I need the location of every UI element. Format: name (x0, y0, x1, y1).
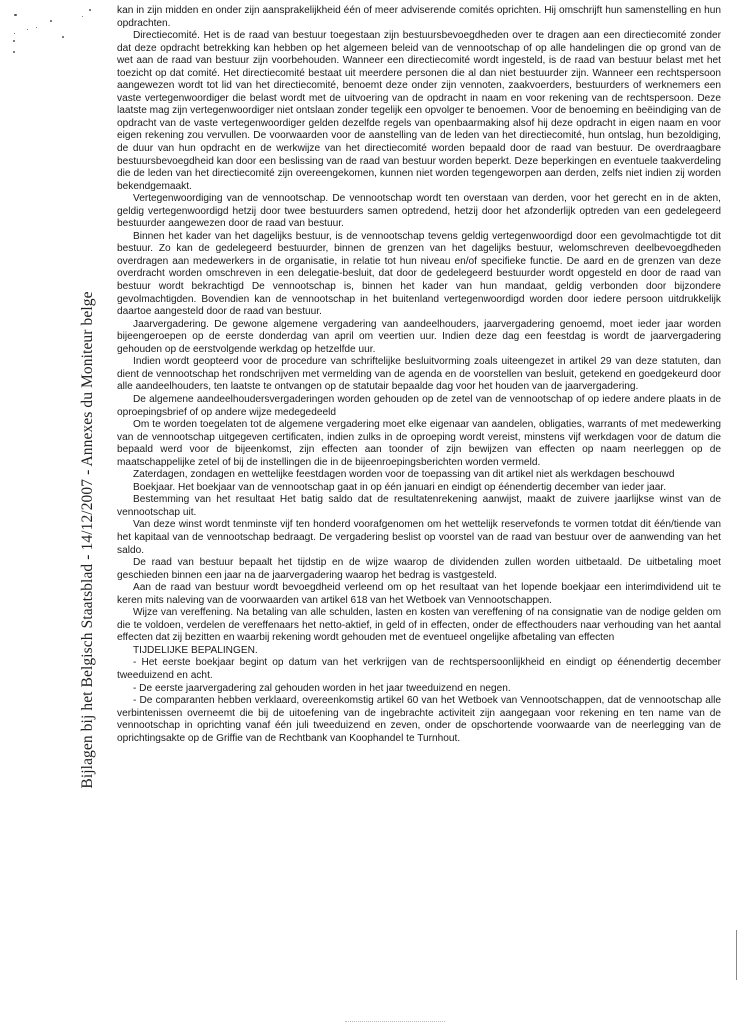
paragraph-comparanten: - De comparanten hebben verklaard, overe… (117, 695, 721, 745)
document-page: Bijlagen bij het Belgisch Staatsblad - 1… (0, 0, 738, 1024)
paragraph-eerste-boekjaar: - Het eerste boekjaar begint op datum va… (117, 657, 721, 682)
paragraph-directiecomite: Directiecomité. Het is de raad van bestu… (117, 30, 721, 193)
document-body: kan in zijn midden en onder zijn aanspra… (117, 5, 721, 745)
paragraph-jaarvergadering: Jaarvergadering. De gewone algemene verg… (117, 319, 721, 357)
paragraph-werkdagen: Zaterdagen, zondagen en wettelijke feest… (117, 469, 721, 482)
paragraph-dividenden: De raad van bestuur bepaalt het tijdstip… (117, 557, 721, 582)
paragraph-vereffening: Wijze van vereffening. Na betaling van a… (117, 607, 721, 645)
paragraph-plaats-vergadering: De algemene aandeelhoudersvergaderingen … (117, 394, 721, 419)
paragraph-bestemming-resultaat: Bestemming van het resultaat Het batig s… (117, 494, 721, 519)
paragraph-vertegenwoordiging: Vertegenwoordiging van de vennootschap. … (117, 193, 721, 231)
paragraph-interimdividend: Aan de raad van bestuur wordt bevoegdhei… (117, 582, 721, 607)
paragraph-dagelijks-bestuur: Binnen het kader van het dagelijks bestu… (117, 231, 721, 319)
paragraph-schriftelijke-besluitvorming: Indien wordt geopteerd voor de procedure… (117, 356, 721, 394)
section-heading-tijdelijke-bepalingen: TIJDELIJKE BEPALINGEN. (117, 645, 721, 658)
paragraph: kan in zijn midden en onder zijn aanspra… (117, 5, 721, 30)
scan-edge-mark (736, 930, 737, 980)
paragraph-eerste-jaarvergadering: - De eerste jaarvergadering zal gehouden… (117, 683, 721, 696)
paragraph-boekjaar: Boekjaar. Het boekjaar van de vennootsch… (117, 482, 721, 495)
margin-publication-label: Bijlagen bij het Belgisch Staatsblad - 1… (79, 291, 97, 788)
paragraph-toelating: Om te worden toegelaten tot de algemene … (117, 419, 721, 469)
paragraph-reservefonds: Van deze winst wordt tenminste vijf ten … (117, 519, 721, 557)
